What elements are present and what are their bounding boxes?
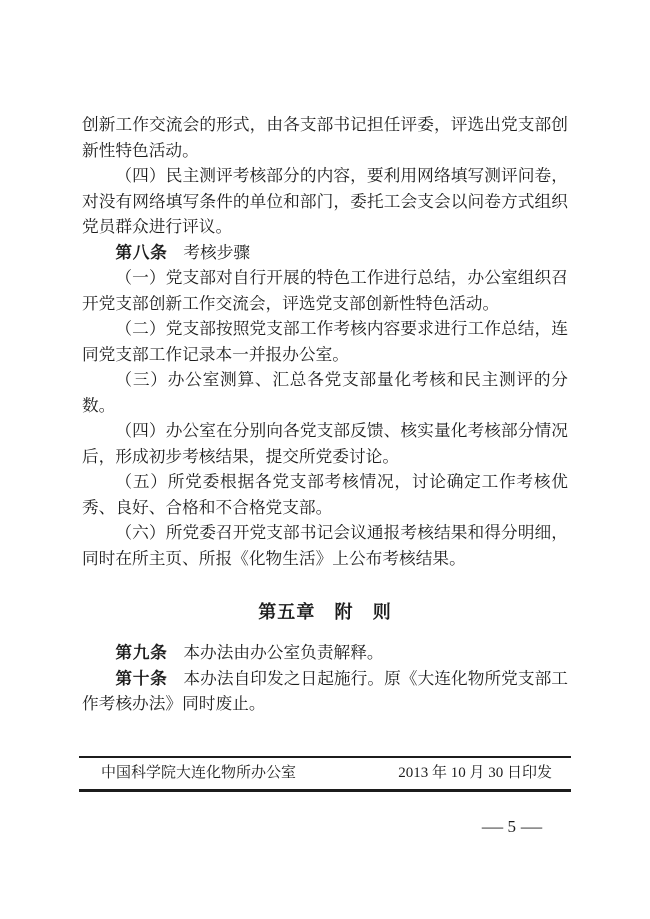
page-number-dash-left: —: [481, 817, 502, 837]
article-8-label: 第八条: [115, 243, 167, 262]
article-10-label: 第十条: [115, 669, 167, 688]
step-paragraph-5: （五）所党委根据各党支部考核情况，讨论确定工作考核优秀、良好、合格和不合格党支部…: [82, 469, 568, 520]
footer-rule-top: [79, 756, 571, 758]
document-body: 创新工作交流会的形式，由各支部书记担任评委，评选出党支部创新性特色活动。 （四）…: [82, 112, 568, 717]
step-paragraph-2: （二）党支部按照党支部工作考核内容要求进行工作总结，连同党支部工作记录本一并报办…: [82, 316, 568, 367]
article-8-heading: 第八条考核步骤: [82, 240, 568, 266]
body-paragraph-item-4: （四）民主测评考核部分的内容，要利用网络填写测评问卷，对没有网络填写条件的单位和…: [82, 163, 568, 240]
footer-print-date: 2013 年 10 月 30 日印发: [398, 762, 552, 784]
step-paragraph-6: （六）所党委召开党支部书记会议通报考核结果和得分明细，同时在所主页、所报《化物生…: [82, 520, 568, 571]
page-number-value: 5: [508, 817, 517, 837]
article-10-paragraph: 第十条本办法自印发之日起施行。原《大连化物所党支部工作考核办法》同时废止。: [82, 666, 568, 717]
article-9-label: 第九条: [115, 643, 167, 662]
colophon-footer: 中国科学院大连化物所办公室 2013 年 10 月 30 日印发: [79, 756, 571, 792]
step-paragraph-3: （三）办公室测算、汇总各党支部量化考核和民主测评的分数。: [82, 367, 568, 418]
chapter-5-heading: 第五章 附 则: [82, 599, 568, 625]
article-9-text: 本办法由办公室负责解释。: [183, 643, 383, 662]
footer-row: 中国科学院大连化物所办公室 2013 年 10 月 30 日印发: [101, 762, 552, 784]
article-8-title: 考核步骤: [183, 243, 250, 262]
footer-rule-bottom: [79, 789, 571, 792]
page-number: — 5 —: [484, 817, 541, 837]
step-paragraph-4: （四）办公室在分别向各党支部反馈、核实量化考核部分情况后，形成初步考核结果，提交…: [82, 418, 568, 469]
body-paragraph-continuation: 创新工作交流会的形式，由各支部书记担任评委，评选出党支部创新性特色活动。: [82, 112, 568, 163]
page-number-dash-right: —: [521, 817, 542, 837]
footer-issuer: 中国科学院大连化物所办公室: [101, 762, 296, 784]
step-paragraph-1: （一）党支部对自行开展的特色工作进行总结，办公室组织召开党支部创新工作交流会，评…: [82, 265, 568, 316]
article-9-paragraph: 第九条本办法由办公室负责解释。: [82, 640, 568, 666]
document-page: 创新工作交流会的形式，由各支部书记担任评委，评选出党支部创新性特色活动。 （四）…: [0, 0, 650, 919]
